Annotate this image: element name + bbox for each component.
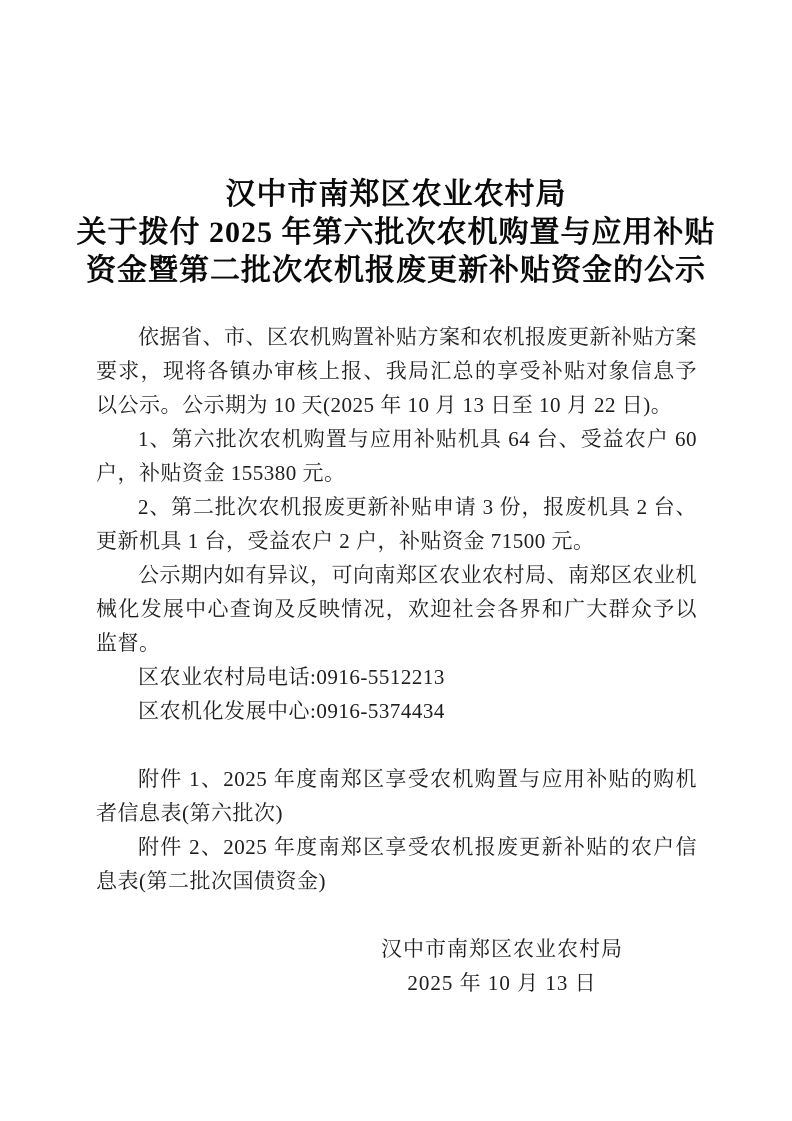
signature-date: 2025 年 10 月 13 日	[352, 966, 652, 1000]
title-line-3: 资金暨第二批次农机报废更新补贴资金的公示	[0, 252, 792, 290]
document-title: 汉中市南郑区农业农村局 关于拨付 2025 年第六批次农机购置与应用补贴 资金暨…	[0, 176, 792, 290]
document-page: 汉中市南郑区农业农村局 关于拨付 2025 年第六批次农机购置与应用补贴 资金暨…	[0, 0, 792, 1121]
signature-block: 汉中市南郑区农业农村局 2025 年 10 月 13 日	[352, 932, 652, 1000]
paragraph-intro: 依据省、市、区农机购置补贴方案和农机报废更新补贴方案要求，现将各镇办审核上报、我…	[96, 320, 697, 422]
document-body: 依据省、市、区农机购置补贴方案和农机报废更新补贴方案要求，现将各镇办审核上报、我…	[96, 320, 697, 1000]
blank-line	[96, 898, 697, 932]
paragraph-item-1: 1、第六批次农机购置与应用补贴机具 64 台、受益农户 60 户，补贴资金 15…	[96, 422, 697, 490]
title-line-1: 汉中市南郑区农业农村局	[0, 176, 792, 214]
blank-line	[96, 728, 697, 762]
title-line-2: 关于拨付 2025 年第六批次农机购置与应用补贴	[0, 214, 792, 252]
attachment-line-2: 附件 2、2025 年度南郑区享受农机报废更新补贴的农户信息表(第二批次国债资金…	[96, 830, 697, 898]
paragraph-objection: 公示期内如有异议，可向南郑区农业农村局、南郑区农业机械化发展中心查询及反映情况，…	[96, 558, 697, 660]
attachment-line-1: 附件 1、2025 年度南郑区享受农机购置与应用补贴的购机者信息表(第六批次)	[96, 762, 697, 830]
contact-phone-center: 区农机化发展中心:0916-5374434	[96, 694, 697, 728]
contact-phone-bureau: 区农业农村局电话:0916-5512213	[96, 660, 697, 694]
signature-org: 汉中市南郑区农业农村局	[352, 932, 652, 966]
paragraph-item-2: 2、第二批次农机报废更新补贴申请 3 份，报废机具 2 台、更新机具 1 台，受…	[96, 490, 697, 558]
